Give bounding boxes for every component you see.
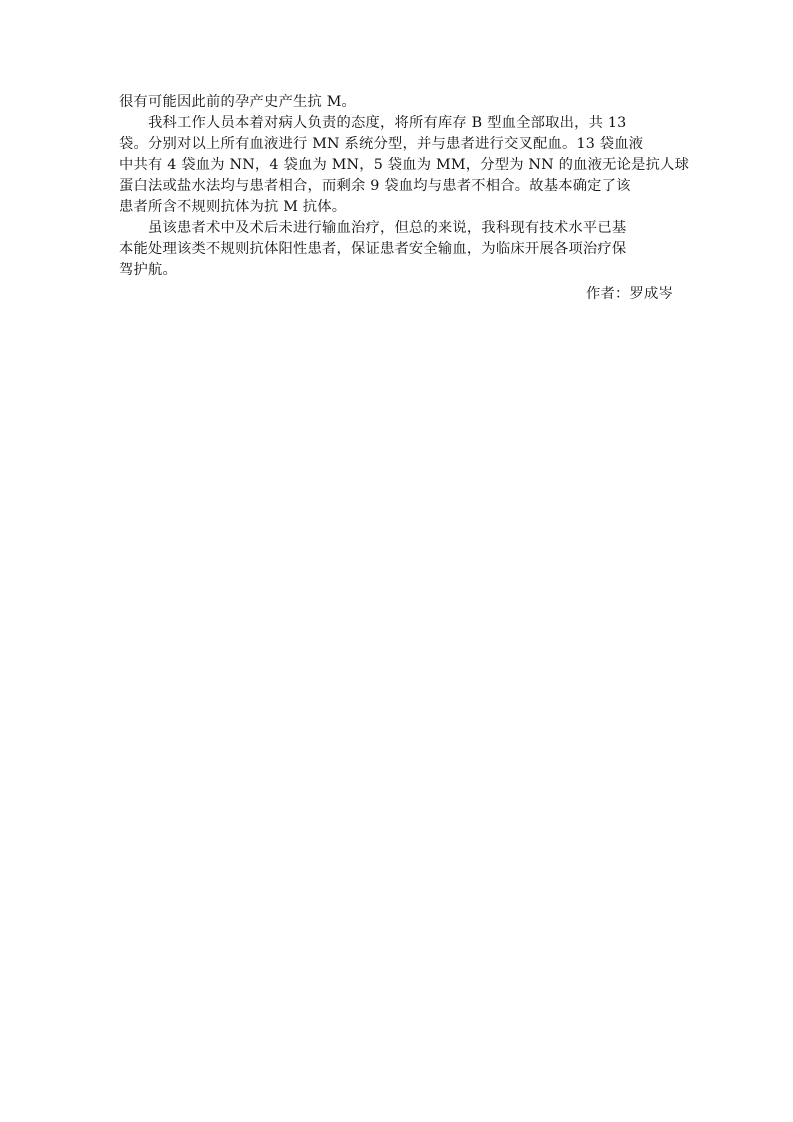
author-byline: 作者：罗成岑 <box>119 284 675 305</box>
paragraph-3-line-2: 本能处理该类不规则抗体阳性患者，保证患者安全输血，为临床开展各项治疗保 <box>119 239 675 260</box>
paragraph-2-line-1: 我科工作人员本着对病人负责的态度，将所有库存 B 型血全部取出，共 13 <box>119 113 675 134</box>
document-page: 很有可能因此前的孕产史产生抗 M。 我科工作人员本着对病人负责的态度，将所有库存… <box>119 92 675 305</box>
paragraph-3-line-3: 驾护航。 <box>119 260 675 281</box>
paragraph-2-line-4: 蛋白法或盐水法均与患者相合，而剩余 9 袋血均与患者不相合。故基本确定了该 <box>119 176 675 197</box>
paragraph-1-line-1: 很有可能因此前的孕产史产生抗 M。 <box>119 92 675 113</box>
paragraph-3-line-1: 虽该患者术中及术后未进行输血治疗，但总的来说，我科现有技术水平已基 <box>119 218 675 239</box>
paragraph-2-line-5: 患者所含不规则抗体为抗 M 抗体。 <box>119 197 675 218</box>
paragraph-2-line-3: 中共有 4 袋血为 NN，4 袋血为 MN，5 袋血为 MM，分型为 NN 的血… <box>119 155 675 176</box>
paragraph-2-line-2: 袋。分别对以上所有血液进行 MN 系统分型，并与患者进行交叉配血。13 袋血液 <box>119 134 675 155</box>
